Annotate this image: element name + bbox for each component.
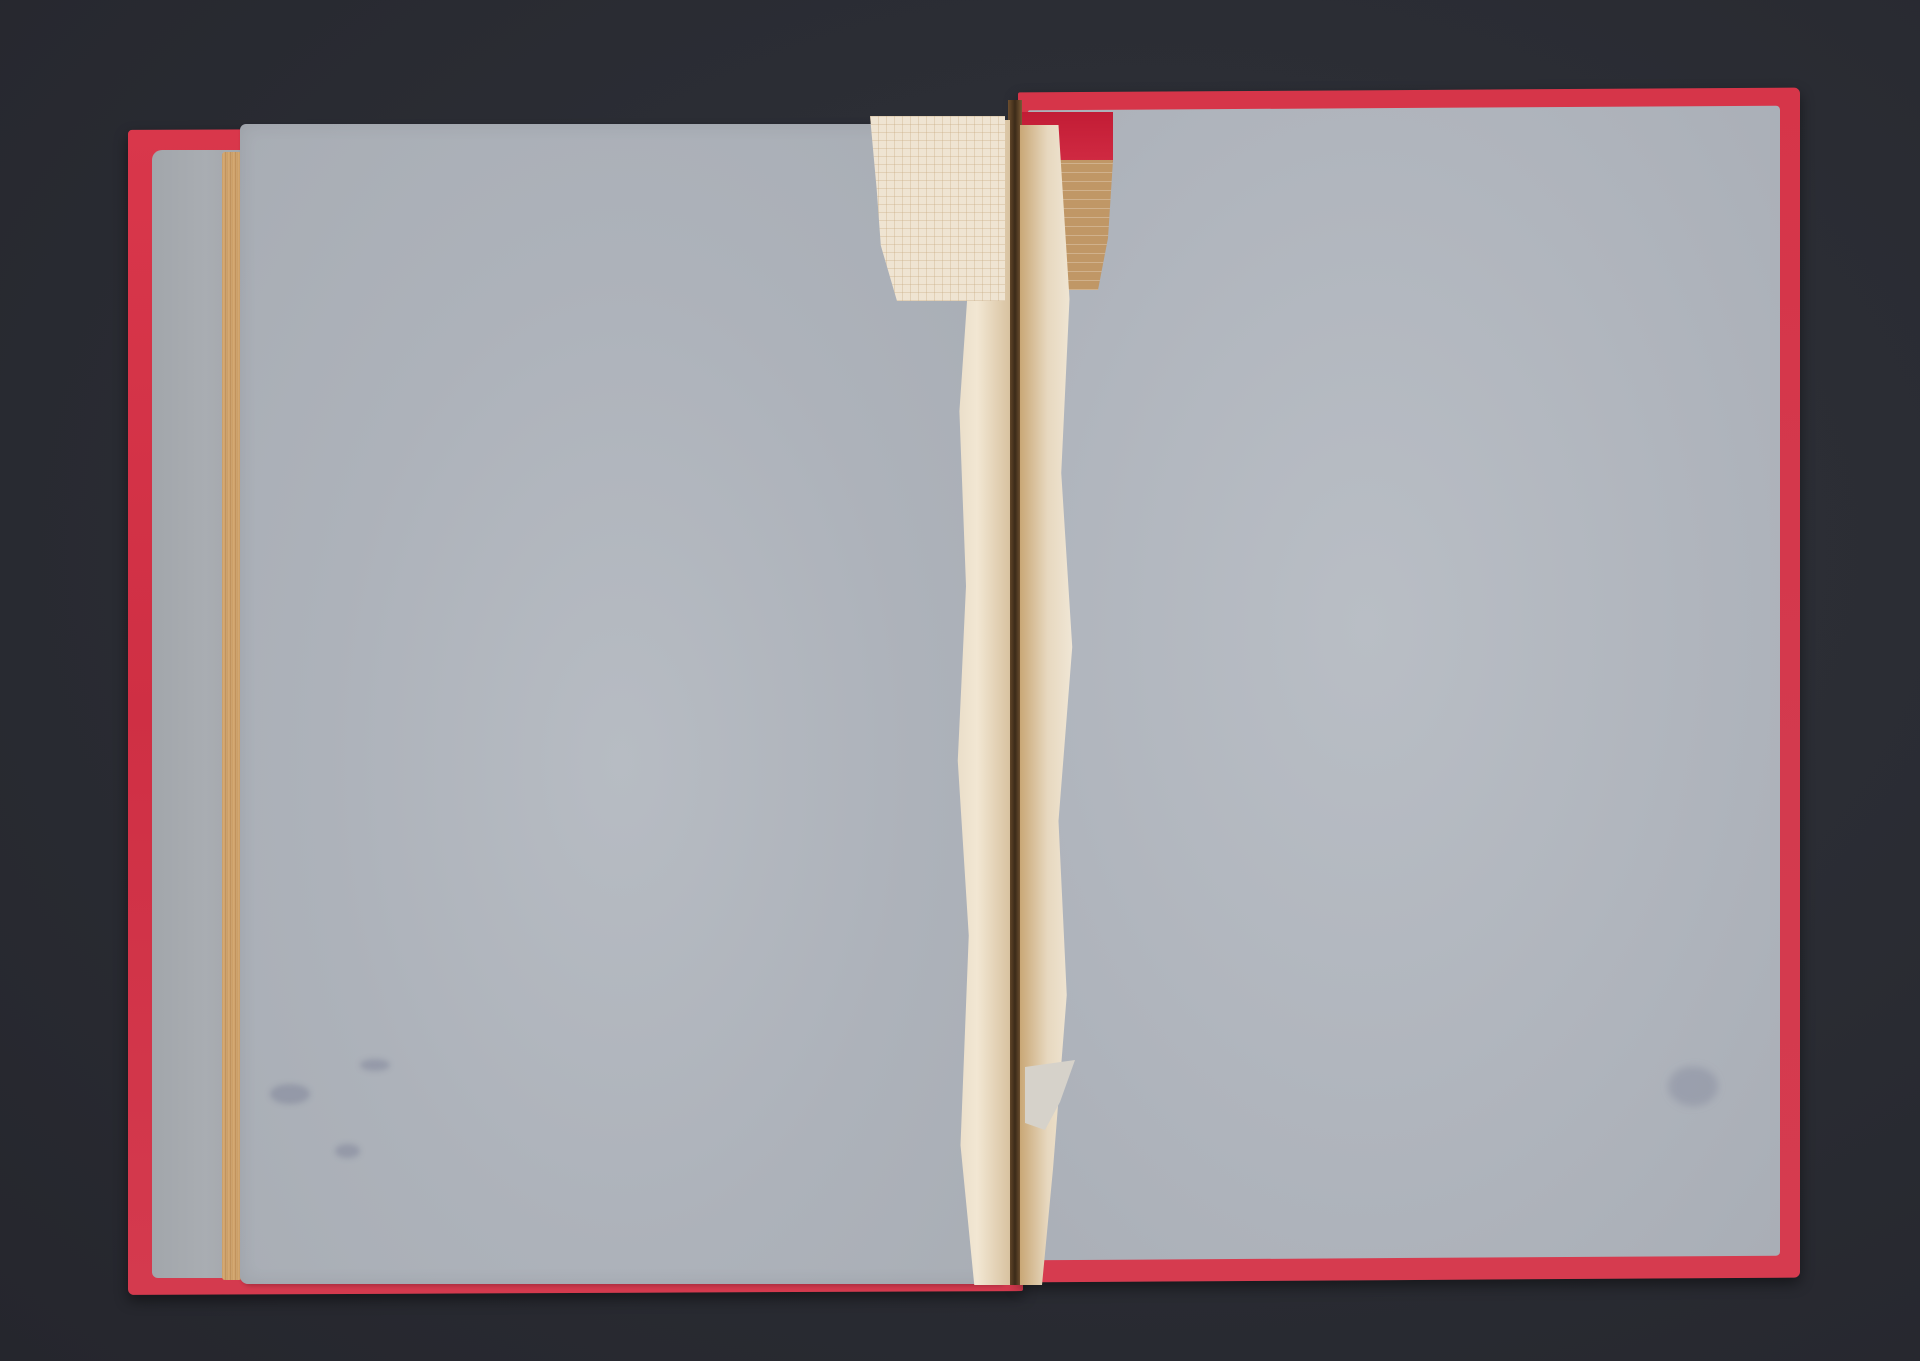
mull-gauze-tape <box>870 116 1005 301</box>
right-pastedown-endpaper <box>1028 106 1780 1261</box>
smudge-mark <box>335 1144 360 1158</box>
smudge-mark <box>1668 1066 1718 1106</box>
text-block-page-edges <box>222 152 242 1280</box>
spine-gutter <box>1008 100 1022 1285</box>
left-free-endpaper <box>240 124 1002 1284</box>
smudge-mark <box>270 1084 310 1104</box>
smudge-mark <box>360 1059 390 1071</box>
